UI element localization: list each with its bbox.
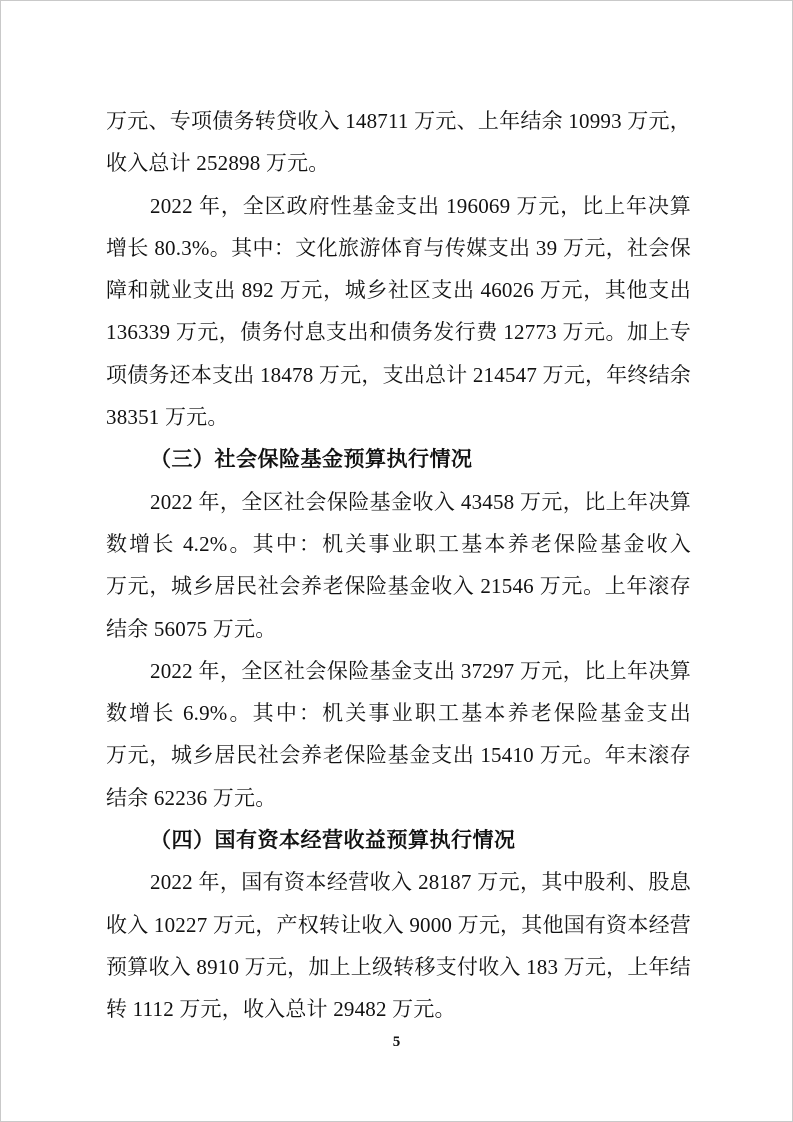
- text-line: 项债务还本支出 18478 万元，支出总计 214547 万元，年终结余: [106, 354, 691, 396]
- document-page: 万元、专项债务转贷收入 148711 万元、上年结余 10993 万元， 收入总…: [0, 0, 793, 1122]
- section-heading: （三）社会保险基金预算执行情况: [106, 438, 691, 480]
- text-line: 收入总计 252898 万元。: [106, 142, 691, 184]
- paragraph: 2022 年，国有资本经营收入 28187 万元，其中股利、股息 收入 1022…: [106, 861, 691, 1030]
- text-line: 障和就业支出 892 万元，城乡社区支出 46026 万元，其他支出: [106, 269, 691, 311]
- text-line: 万元，城乡居民社会养老保险基金支出 15410 万元。年末滚存: [106, 734, 691, 776]
- text-line: 数增长 4.2%。其中：机关事业职工基本养老保险基金收入 21912: [106, 523, 691, 565]
- paragraph: 2022 年，全区社会保险基金支出 37297 万元，比上年决算 数增长 6.9…: [106, 650, 691, 819]
- text-line: 收入 10227 万元，产权转让收入 9000 万元，其他国有资本经营: [106, 904, 691, 946]
- text-line: 2022 年，全区社会保险基金收入 43458 万元，比上年决算: [106, 481, 691, 523]
- text-line: 结余 56075 万元。: [106, 608, 691, 650]
- paragraph: 万元、专项债务转贷收入 148711 万元、上年结余 10993 万元， 收入总…: [106, 100, 691, 185]
- text-line: 万元、专项债务转贷收入 148711 万元、上年结余 10993 万元，: [106, 100, 691, 142]
- text-line: 转 1112 万元，收入总计 29482 万元。: [106, 988, 691, 1030]
- section-heading: （四）国有资本经营收益预算执行情况: [106, 819, 691, 861]
- text-line: 2022 年，全区社会保险基金支出 37297 万元，比上年决算: [106, 650, 691, 692]
- paragraph: 2022 年，全区政府性基金支出 196069 万元，比上年决算数 增长 80.…: [106, 185, 691, 439]
- text-line: 结余 62236 万元。: [106, 777, 691, 819]
- text-line: 136339 万元，债务付息支出和债务发行费 12773 万元。加上专: [106, 311, 691, 353]
- text-line: 38351 万元。: [106, 396, 691, 438]
- page-number: 5: [1, 1034, 792, 1051]
- text-line: 2022 年，国有资本经营收入 28187 万元，其中股利、股息: [106, 861, 691, 903]
- text-line: 数增长 6.9%。其中：机关事业职工基本养老保险基金支出 21887: [106, 692, 691, 734]
- paragraph: 2022 年，全区社会保险基金收入 43458 万元，比上年决算 数增长 4.2…: [106, 481, 691, 650]
- text-line: 2022 年，全区政府性基金支出 196069 万元，比上年决算数: [106, 185, 691, 227]
- text-line: 万元，城乡居民社会养老保险基金收入 21546 万元。上年滚存: [106, 565, 691, 607]
- text-line: 增长 80.3%。其中：文化旅游体育与传媒支出 39 万元，社会保: [106, 227, 691, 269]
- text-line: 预算收入 8910 万元，加上上级转移支付收入 183 万元，上年结: [106, 946, 691, 988]
- document-body: 万元、专项债务转贷收入 148711 万元、上年结余 10993 万元， 收入总…: [106, 100, 691, 1031]
